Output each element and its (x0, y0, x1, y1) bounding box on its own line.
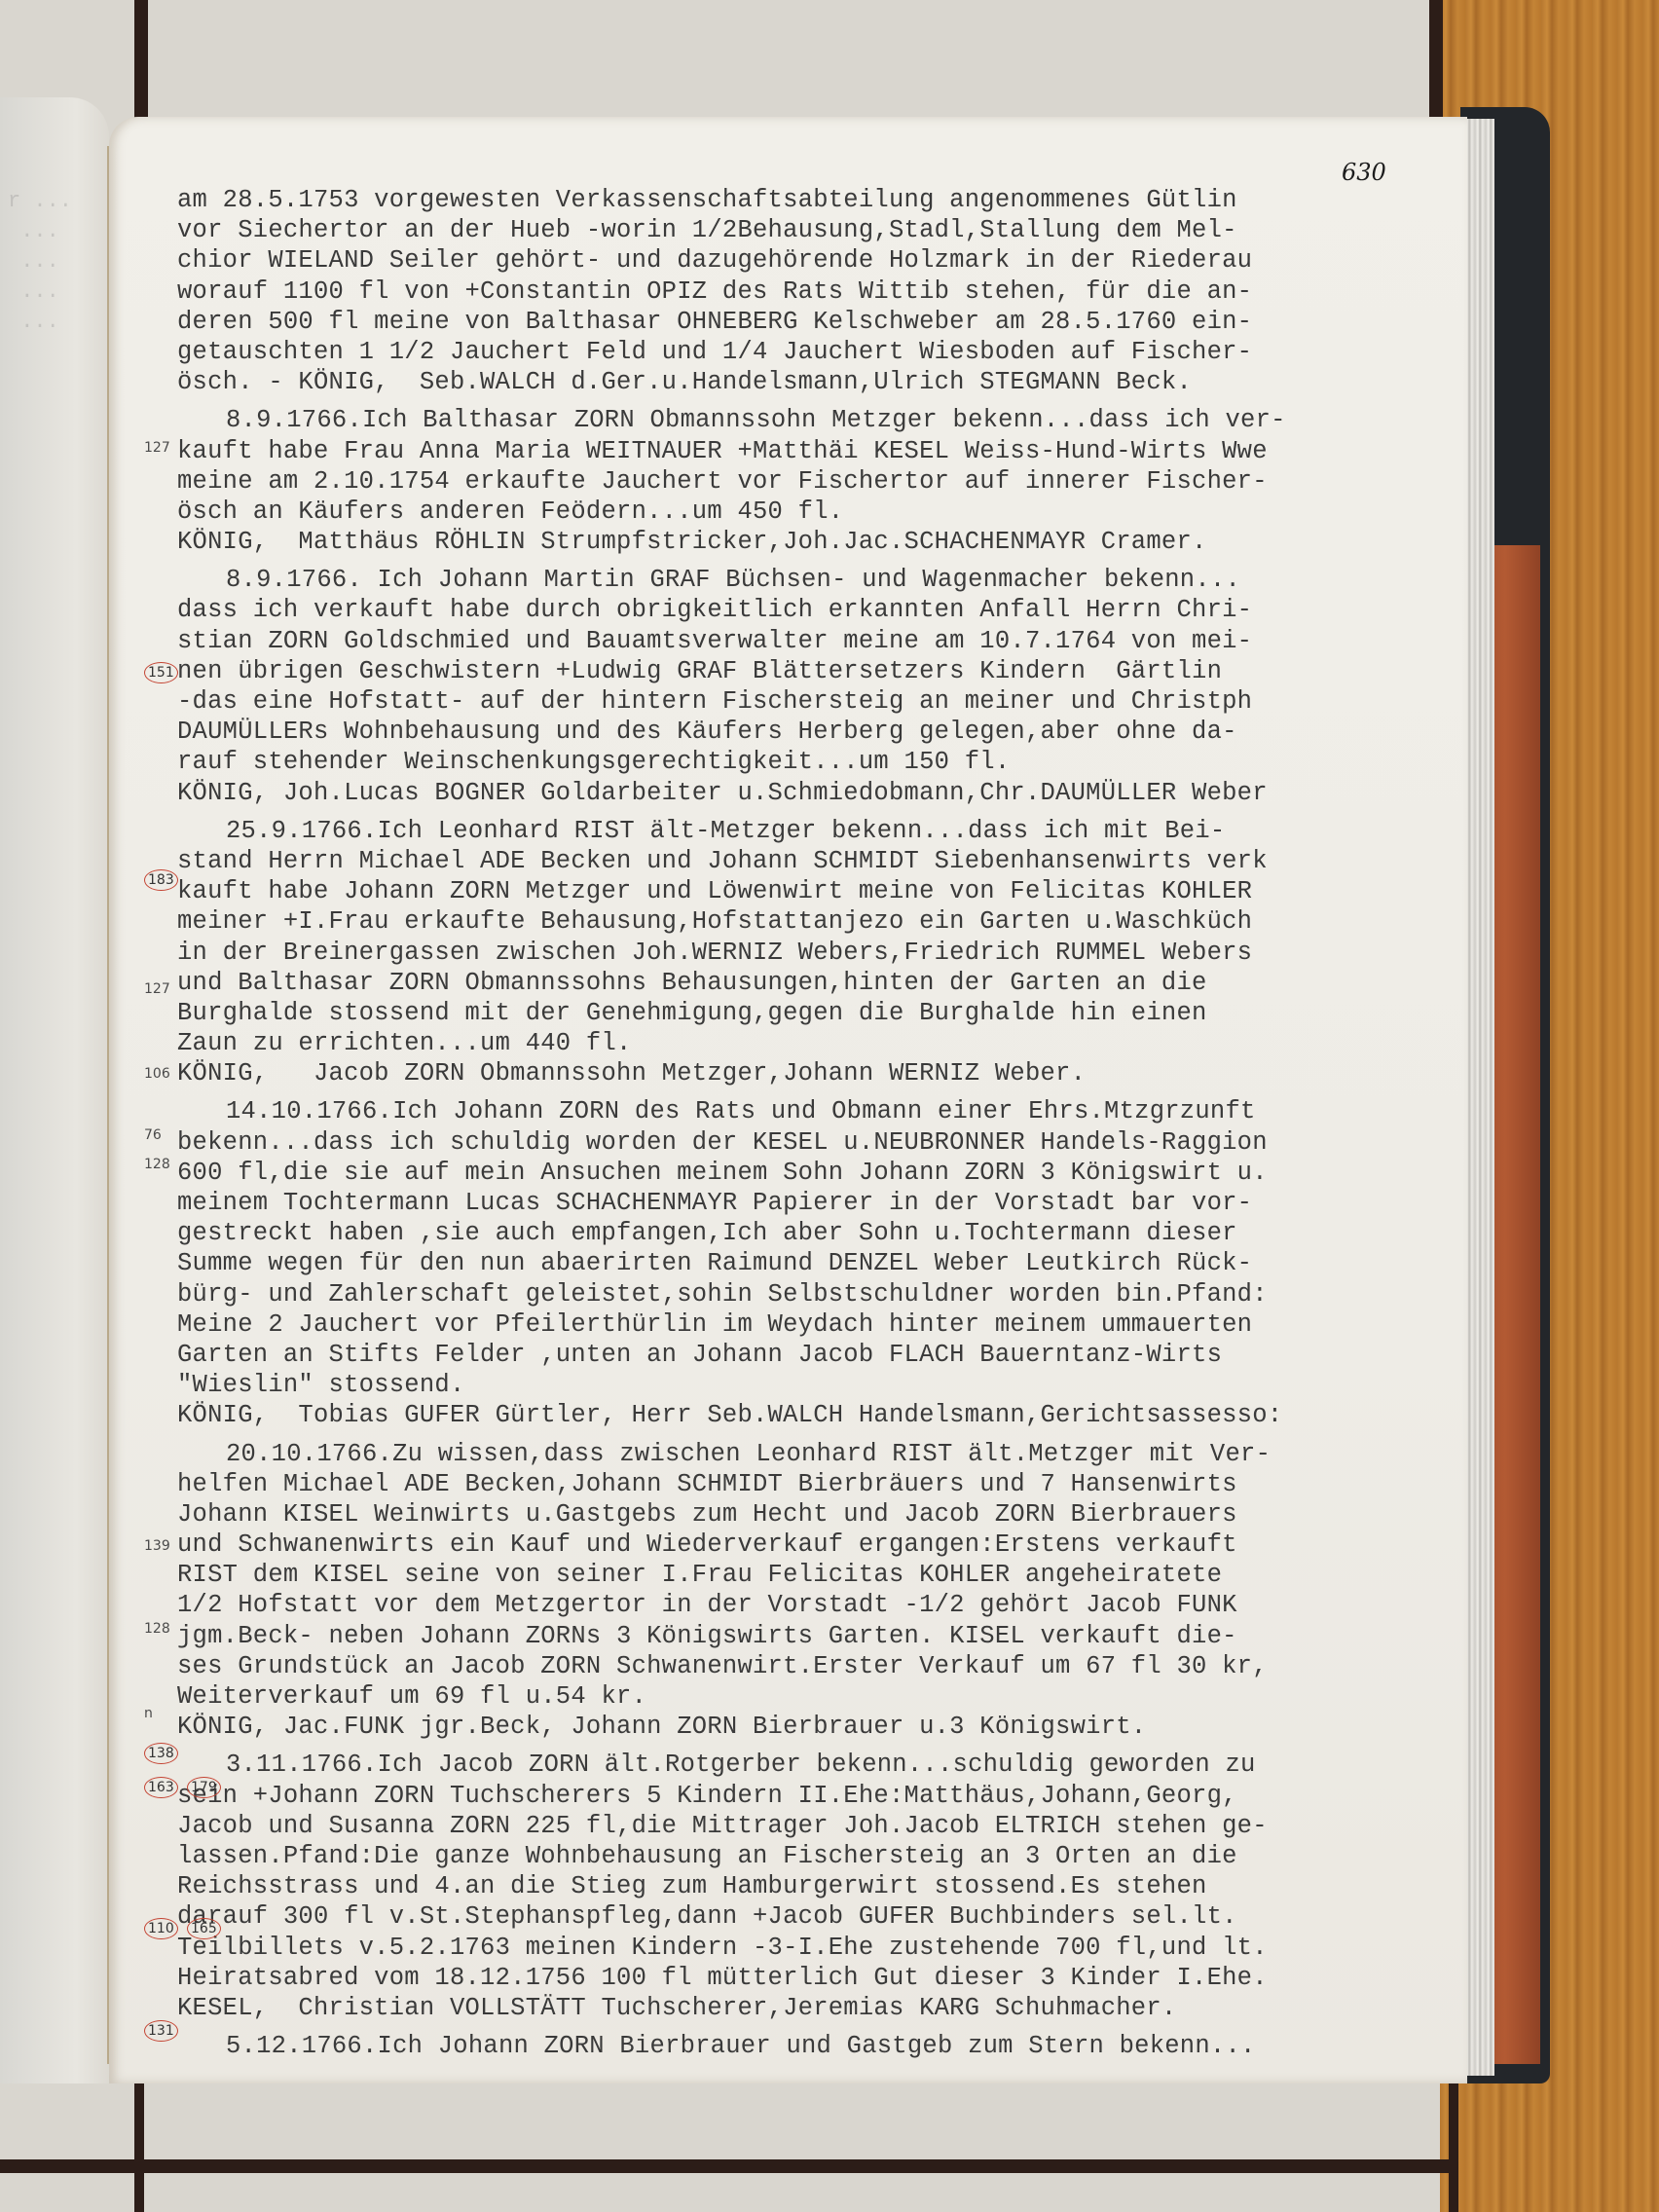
text-line: KÖNIG, Tobias GUFER Gürtler, Herr Seb.WA… (177, 1400, 1472, 1430)
text-line: kauft habe Frau Anna Maria WEITNAUER +Ma… (177, 436, 1472, 466)
text-line: Weiterverkauf um 69 fl u.54 kr. (177, 1681, 1472, 1712)
text-line: Jacob und Susanna ZORN 225 fl,die Mittra… (177, 1811, 1472, 1841)
margin-note: n (144, 1706, 153, 1721)
left-page: r ... ... ... ... ... (0, 97, 109, 2083)
text-line: 1/2 Hofstatt vor dem Metzgertor in der V… (177, 1590, 1472, 1620)
text-line: bekenn...dass ich schuldig worden der KE… (177, 1127, 1472, 1158)
text-line: nen übrigen Geschwistern +Ludwig GRAF Bl… (177, 656, 1472, 686)
text-line: helfen Michael ADE Becken,Johann SCHMIDT… (177, 1469, 1472, 1499)
text-line: Garten an Stifts Felder ,unten an Johann… (177, 1340, 1472, 1370)
text-line: Summe wegen für den nun abaerirten Raimu… (177, 1248, 1472, 1278)
typewritten-text: am 28.5.1753 vorgewesten Verkassenschaft… (177, 185, 1472, 2061)
text-line: am 28.5.1753 vorgewesten Verkassenschaft… (177, 185, 1472, 215)
text-line: ses Grundstück an Jacob ZORN Schwanenwir… (177, 1651, 1472, 1681)
text-line: bürg- und Zahlerschaft geleistet,sohin S… (177, 1279, 1472, 1309)
margin-note: 127 (144, 440, 170, 456)
text-line: KÖNIG, Joh.Lucas BOGNER Goldarbeiter u.S… (177, 778, 1472, 808)
text-line: 3.11.1766.Ich Jacob ZORN ält.Rotgerber b… (177, 1750, 1472, 1780)
text-line: meine am 2.10.1754 erkaufte Jauchert vor… (177, 466, 1472, 497)
margin-note: 106 (144, 1066, 170, 1082)
text-line: RIST dem KISEL seine von seiner I.Frau F… (177, 1560, 1472, 1590)
text-line: DAUMÜLLERs Wohnbehausung und des Käufers… (177, 717, 1472, 747)
text-line: 600 fl,die sie auf mein Ansuchen meinem … (177, 1158, 1472, 1188)
text-line: Burghalde stossend mit der Genehmigung,g… (177, 998, 1472, 1028)
margin-note: 128 (144, 1157, 170, 1172)
text-line: lassen.Pfand:Die ganze Wohnbehausung an … (177, 1841, 1472, 1871)
paragraph-gap (177, 397, 1472, 405)
text-line: 14.10.1766.Ich Johann ZORN des Rats und … (177, 1096, 1472, 1126)
text-line: sein +Johann ZORN Tuchscherers 5 Kindern… (177, 1781, 1472, 1811)
text-line: stand Herrn Michael ADE Becken und Johan… (177, 846, 1472, 876)
text-line: deren 500 fl meine von Balthasar OHNEBER… (177, 307, 1472, 337)
margin-note: 163 (144, 1777, 178, 1798)
paragraph-gap (177, 557, 1472, 565)
paragraph-gap (177, 1088, 1472, 1096)
text-line: Johann KISEL Weinwirts u.Gastgebs zum He… (177, 1499, 1472, 1530)
text-line: 5.12.1766.Ich Johann ZORN Bierbrauer und… (177, 2031, 1472, 2061)
paragraph-gap (177, 808, 1472, 816)
text-line: Reichsstrass und 4.an die Stieg zum Hamb… (177, 1871, 1472, 1901)
text-line: und Balthasar ZORN Obmannssohns Behausun… (177, 968, 1472, 998)
text-line: ösch. - KÖNIG, Seb.WALCH d.Ger.u.Handels… (177, 367, 1472, 397)
margin-note: 183 (144, 869, 178, 891)
paragraph-gap (177, 1431, 1472, 1439)
text-line: -das eine Hofstatt- auf der hintern Fisc… (177, 686, 1472, 717)
text-line: meiner +I.Frau erkaufte Behausung,Hofsta… (177, 906, 1472, 937)
margin-note: 179 (187, 1777, 221, 1798)
text-line: gestreckt haben ,sie auch empfangen,Ich … (177, 1218, 1472, 1248)
text-line: KÖNIG, Jac.FUNK jgr.Beck, Johann ZORN Bi… (177, 1712, 1472, 1742)
text-line: meinem Tochtermann Lucas SCHACHENMAYR Pa… (177, 1188, 1472, 1218)
text-line: "Wieslin" stossend. (177, 1370, 1472, 1400)
text-line: dass ich verkauft habe durch obrigkeitli… (177, 595, 1472, 625)
text-line: vor Siechertor an der Hueb -worin 1/2Beh… (177, 215, 1472, 245)
text-line: kauft habe Johann ZORN Metzger und Löwen… (177, 876, 1472, 906)
page-number: 630 (1342, 159, 1386, 186)
left-page-bleed-text: r ... ... ... ... ... (8, 156, 95, 367)
text-line: jgm.Beck- neben Johann ZORNs 3 Königswir… (177, 1621, 1472, 1651)
text-line: 25.9.1766.Ich Leonhard RIST ält-Metzger … (177, 816, 1472, 846)
text-line: ösch an Käufers anderen Feödern...um 450… (177, 497, 1472, 527)
tile-grout (1429, 0, 1443, 122)
paragraph-gap (177, 1742, 1472, 1750)
text-line: Zaun zu errichten...um 440 fl. (177, 1028, 1472, 1058)
margin-note: 139 (144, 1538, 170, 1554)
margin-note: 76 (144, 1127, 162, 1143)
text-line: Meine 2 Jauchert vor Pfeilerthürlin im W… (177, 1309, 1472, 1340)
text-line: 8.9.1766.Ich Balthasar ZORN Obmannssohn … (177, 405, 1472, 435)
text-line: Teilbillets v.5.2.1763 meinen Kindern -3… (177, 1933, 1472, 1963)
text-line: darauf 300 fl v.St.Stephanspfleg,dann +J… (177, 1901, 1472, 1932)
margin-note: 165 (187, 1918, 221, 1939)
text-line: KÖNIG, Jacob ZORN Obmannssohn Metzger,Jo… (177, 1058, 1472, 1088)
text-line: 8.9.1766. Ich Johann Martin GRAF Büchsen… (177, 565, 1472, 595)
margin-note: 127 (144, 981, 170, 997)
text-line: 20.10.1766.Zu wissen,dass zwischen Leonh… (177, 1439, 1472, 1469)
tile-grout (0, 2159, 1451, 2173)
tile-grout (1449, 2083, 1458, 2212)
text-line: chior WIELAND Seiler gehört- und dazugeh… (177, 245, 1472, 276)
margin-note: 128 (144, 1621, 170, 1637)
tile-grout (134, 2083, 144, 2212)
margin-note: 151 (144, 662, 178, 683)
paragraph-gap (177, 2023, 1472, 2031)
text-line: getauschten 1 1/2 Jauchert Feld und 1/4 … (177, 337, 1472, 367)
text-line: worauf 1100 fl von +Constantin OPIZ des … (177, 276, 1472, 307)
text-line: KESEL, Christian VOLLSTÄTT Tuchscherer,J… (177, 1993, 1472, 2023)
text-line: rauf stehender Weinschenkungsgerechtigke… (177, 747, 1472, 777)
text-line: in der Breinergassen zwischen Joh.WERNIZ… (177, 938, 1472, 968)
text-line: stian ZORN Goldschmied und Bauamtsverwal… (177, 626, 1472, 656)
text-line: KÖNIG, Matthäus RÖHLIN Strumpfstricker,J… (177, 527, 1472, 557)
text-line: Heiratsabred vom 18.12.1756 100 fl mütte… (177, 1963, 1472, 1993)
margin-note: 131 (144, 2020, 178, 2042)
tile-grout (134, 0, 148, 127)
margin-note: 110 (144, 1918, 178, 1939)
text-line: und Schwanenwirts ein Kauf und Wiederver… (177, 1530, 1472, 1560)
margin-note: 138 (144, 1743, 178, 1764)
